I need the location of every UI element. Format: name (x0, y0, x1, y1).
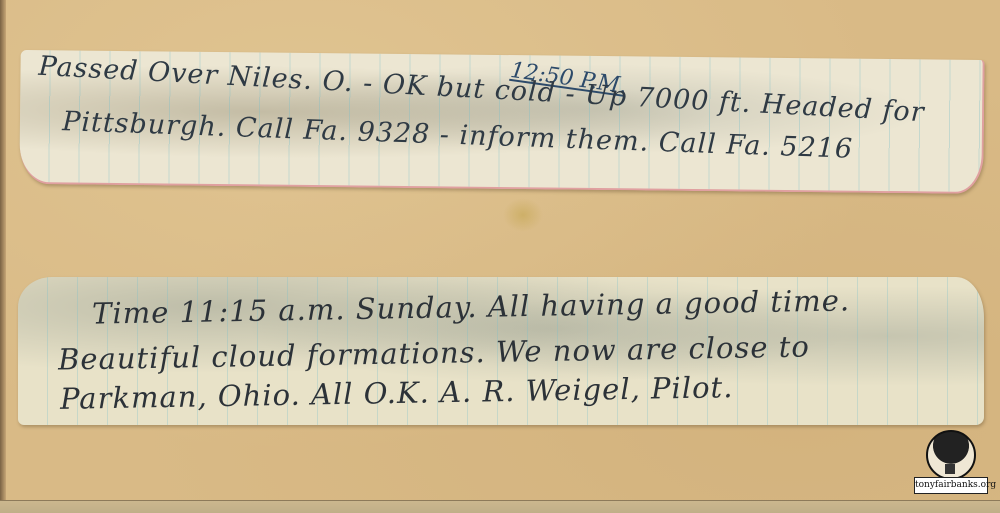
bottom-paper-edge (0, 500, 1000, 513)
watermark-logo: tonyfairbanks.org (914, 430, 986, 496)
paper-stain (503, 198, 543, 232)
scrapbook-page: 12:50 P.M. Passed Over Niles. O. - OK bu… (0, 0, 1000, 513)
balloon-basket-icon (945, 464, 955, 474)
page-edge (0, 0, 6, 513)
watermark-text: tonyfairbanks.org (914, 477, 988, 494)
